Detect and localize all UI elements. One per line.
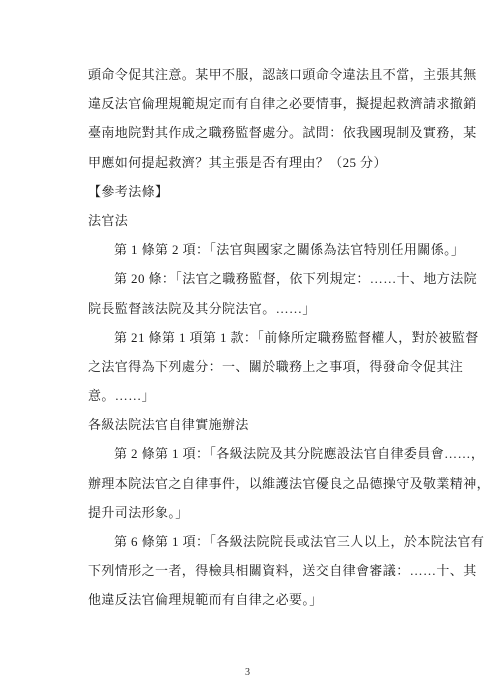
- statute-article-line: 之法官得為下列處分：一、關於職務上之事項，得發命令促其注: [88, 352, 470, 381]
- statute-article-line: 意。……」: [88, 381, 470, 410]
- statute-article-line: 下列情形之一者，得檢具相關資料，送交自律會審議：……十、其: [88, 556, 470, 585]
- statute-title: 法官法: [88, 206, 470, 235]
- statute-title: 各級法院法官自律實施辦法: [88, 410, 470, 439]
- text-line: 違反法官倫理規範規定而有自律之必要情事，擬提起救濟請求撤銷: [88, 89, 470, 118]
- statute-article-line: 院長監督該法院及其分院法官。……」: [88, 294, 470, 323]
- text-line: 甲應如何提起救濟？其主張是否有理由？（25 分）: [88, 148, 470, 177]
- statute-article-line: 第 6 條第 1 項：「各級法院院長或法官三人以上，於本院法官有: [88, 527, 470, 556]
- text-line: 頭命令促其注意。某甲不服，認該口頭命令違法且不當，主張其無: [88, 60, 470, 89]
- statute-article-line: 他違反法官倫理規範而有自律之必要。」: [88, 585, 470, 614]
- statute-article-line: 第 1 條第 2 項：「法官與國家之關係為法官特別任用關係。」: [88, 235, 470, 264]
- text-block: 頭命令促其注意。某甲不服，認該口頭命令違法且不當，主張其無 違反法官倫理規範規定…: [88, 60, 470, 615]
- statute-article-line: 第 20 條：「法官之職務監督，依下列規定：……十、地方法院: [88, 264, 470, 293]
- document-page: 頭命令促其注意。某甲不服，認該口頭命令違法且不當，主張其無 違反法官倫理規範規定…: [0, 0, 495, 700]
- text-line: 臺南地院對其作成之職務監督處分。試問：依我國現制及實務，某: [88, 118, 470, 147]
- statute-article-line: 辦理本院法官之自律事件，以維護法官優良之品德操守及敬業精神，: [88, 469, 470, 498]
- statute-article-line: 提升司法形象。」: [88, 498, 470, 527]
- statute-article-line: 第 2 條第 1 項：「各級法院及其分院應設法官自律委員會……，: [88, 439, 470, 468]
- statute-article-line: 第 21 條第 1 項第 1 款：「前條所定職務監督權人，對於被監督: [88, 323, 470, 352]
- section-heading: 【參考法條】: [88, 177, 470, 206]
- page-number: 3: [0, 667, 495, 678]
